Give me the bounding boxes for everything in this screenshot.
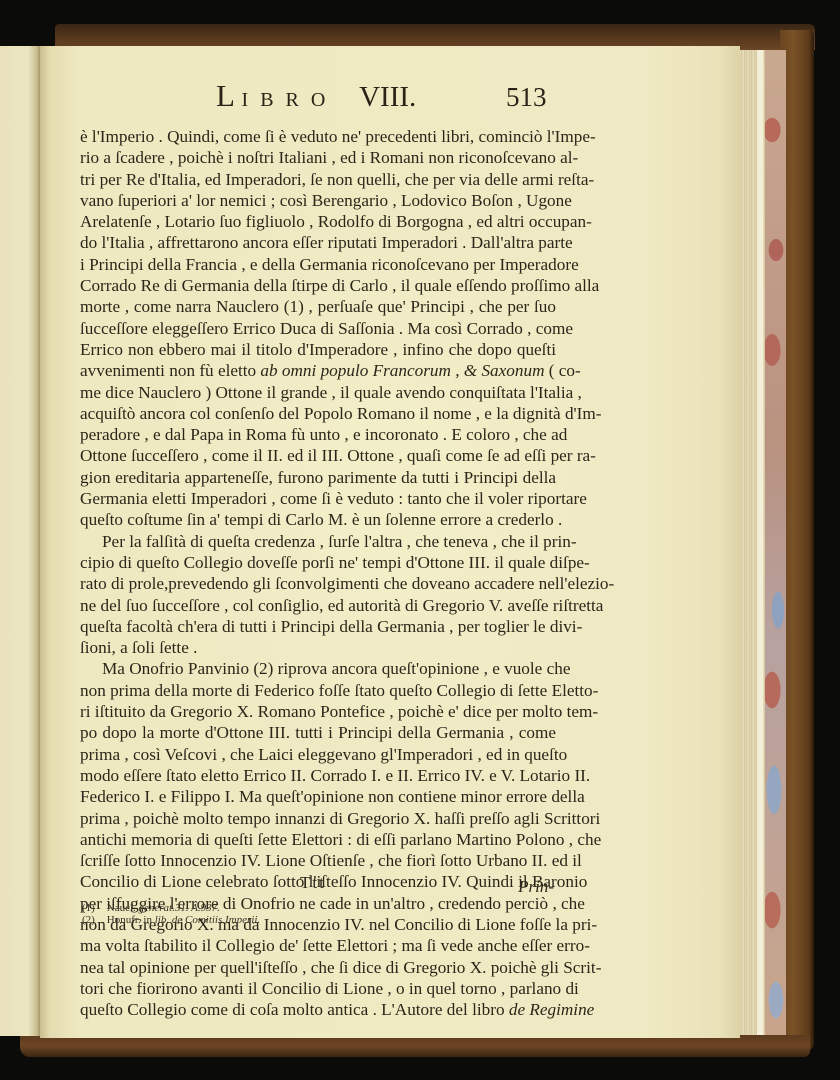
facing-page-edge	[0, 46, 40, 1036]
text-line: do l'Italia , affrettarono ancora eſſer …	[80, 232, 556, 253]
running-title: L IBRO VIII.	[216, 78, 416, 114]
text-line: peradore , e dal Papa in Roma fù unto , …	[80, 424, 556, 445]
footnote-text: Honufr. in	[107, 914, 152, 926]
text-line: Arelatenſe , Lotario ſuo figliuolo , Rod…	[80, 211, 556, 232]
footnote-reference: generat.31. A.937.	[139, 902, 220, 914]
text-line: Ma Onofrio Panvinio (2) riprova ancora q…	[80, 658, 556, 679]
text-line: ri iſtituito da Gregorio X. Romano Ponte…	[80, 701, 556, 722]
page-number: 513	[506, 82, 547, 113]
running-header: L IBRO VIII. 513	[216, 78, 576, 118]
catchline: Ttt Prin-	[80, 873, 556, 897]
text-line: acquiſtò ancora col conſenſo del Popolo …	[80, 403, 556, 424]
footnote-reference: lib. de Comitiis Imperii.	[155, 914, 260, 926]
text-line: tri per Re d'Italia, ed Imperadori, ſe n…	[80, 169, 556, 190]
text-line: morte , come narra Nauclero (1) , perſua…	[80, 296, 556, 317]
text-line: è l'Imperio . Quindi, come ſi è veduto n…	[80, 126, 556, 147]
text-line: prima , così Veſcovi , che Laici eleggev…	[80, 744, 556, 765]
signature-mark: Ttt	[300, 873, 326, 893]
text-line: Ottone ſucceſſero , come il II. ed il II…	[80, 445, 556, 466]
text-line: avvenimenti non fù eletto ab omni populo…	[80, 360, 556, 381]
marbled-endpaper	[764, 50, 786, 1040]
text-line: rio a ſcadere , poichè i noſtri Italiani…	[80, 147, 556, 168]
text-line: queſto Collegio come di coſa molto antic…	[80, 999, 556, 1020]
text-line: Germania eletti Imperadori , come ſi è v…	[80, 488, 556, 509]
book-number: VIII.	[359, 81, 416, 113]
footnote-2: (2) Honufr. in lib. de Comitiis Imperii.	[82, 915, 482, 927]
footnote-number: (1)	[82, 903, 104, 915]
running-title-smallcaps: IBRO	[242, 89, 338, 111]
text-line: Federico I. e Filippo I. Ma queſt'opinio…	[80, 786, 556, 807]
text-line: po dopo la morte d'Ottone III. tutti i P…	[80, 722, 556, 743]
text-line: tori che fiorirono avanti il Concilio di…	[80, 978, 556, 999]
text-line: gion ereditaria apparteneſſe, furono par…	[80, 467, 556, 488]
text-line: antichi memoria di queſti ſette Elettori…	[80, 829, 556, 850]
running-title-initial: L	[216, 78, 234, 113]
text-line: prima , poichè molto tempo innanzi di Gr…	[80, 808, 556, 829]
text-line: rato di prole,prevedendo gli ſconvolgime…	[80, 573, 556, 594]
text-line: me dice Nauclero ) Ottone il grande , il…	[80, 382, 556, 403]
text-line: cipio di queſto Collegio doveſſe porſi n…	[80, 552, 556, 573]
text-line: ſucceſſore eleggeſſero Errico Duca di Sa…	[80, 318, 556, 339]
text-line: Corrado Re di Germania della ſtirpe di C…	[80, 275, 556, 296]
text-line: vano ſuperiori a' lor nemici ; così Bere…	[80, 190, 556, 211]
page-edge-highlight	[757, 50, 763, 1040]
text-line: nea tal opinione per quell'iſteſſo , che…	[80, 957, 556, 978]
text-line: ſioni, a ſoli ſette .	[80, 637, 556, 658]
text-line: queſta facoltà ch'era di tutti i Princip…	[80, 616, 556, 637]
footnote-text: Naucl.	[107, 902, 136, 914]
catchword: Prin-	[518, 877, 554, 897]
text-line: non prima della morte di Federico foſſe …	[80, 680, 556, 701]
text-line: Errico non ebbero mai il titolo d'Impera…	[80, 339, 556, 360]
text-line: ma volta ſtabilito il Collegio de' ſette…	[80, 935, 556, 956]
footnote-number: (2)	[82, 915, 104, 927]
text-line: i Principi della Francia , e della Germa…	[80, 254, 556, 275]
text-line: modo eſſere ſtato eletto Errico II. Corr…	[80, 765, 556, 786]
text-line: Per la falſità di queſta credenza , ſurſ…	[80, 531, 556, 552]
book-cover-bottom-edge	[20, 1035, 810, 1057]
text-line: queſto coſtume ſin a' tempi di Carlo M. …	[80, 509, 556, 530]
text-line: ſcriſſe ſotto Innocenzio IV. Lione Oſtie…	[80, 850, 556, 871]
text-line: ne del ſuo ſucceſſore , col conſiglio, e…	[80, 595, 556, 616]
footnotes: (1) Naucl. generat.31. A.937. (2) Honufr…	[82, 903, 482, 926]
